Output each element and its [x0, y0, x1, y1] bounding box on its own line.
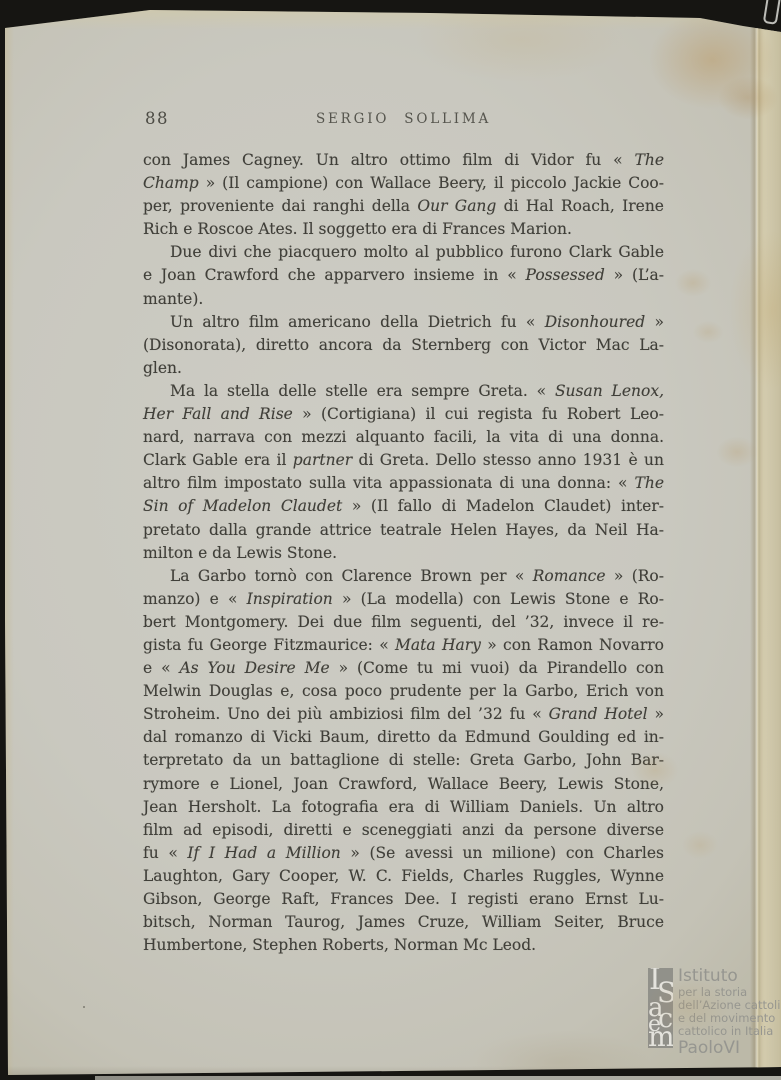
text-line: terpretato da un battaglione di stelle: … [143, 749, 664, 772]
text-line: Humbertone, Stephen Roberts, Norman Mc L… [143, 934, 664, 957]
text-line: milton e da Lewis Stone. [143, 542, 664, 565]
watermark-text-line: PaoloVI [678, 1038, 778, 1058]
text-line: Champ » (Il campione) con Wallace Beery,… [143, 172, 664, 195]
text-line: manzo) e « Inspiration » (La modella) co… [143, 588, 664, 611]
text-line: altro film impostato sulla vita appassio… [143, 472, 664, 495]
paperclip [763, 0, 781, 25]
monogram-letter: m [648, 1023, 673, 1048]
text-line: e « As You Desire Me » (Come tu mi vuoi)… [143, 657, 664, 680]
text-line: nard, narrava con mezzi alquanto facili,… [143, 426, 664, 449]
adjacent-page-edge [757, 26, 781, 1072]
text-line: Sin of Madelon Claudet » (Il fallo di Ma… [143, 495, 664, 518]
text-line: bert Montgomery. Dei due film seguenti, … [143, 611, 664, 634]
text-line: film ad episodi, diretti e sceneggiati a… [143, 819, 664, 842]
text-line: gista fu George Fitzmaurice: « Mata Hary… [143, 634, 664, 657]
page-top-edge [0, 0, 781, 30]
page-header: 88 SERGIO SOLLIMA [143, 108, 664, 130]
text-line: dal romanzo di Vicki Baum, diretto da Ed… [143, 726, 664, 749]
page-left-edge [0, 0, 14, 1080]
photo-background: 88 SERGIO SOLLIMA con James Cagney. Un a… [0, 0, 781, 1080]
paragraph: con James Cagney. Un altro ottimo film d… [143, 149, 664, 241]
gutter-fold [750, 28, 759, 1070]
text-line: Due divi che piacquero molto al pubblico… [143, 241, 664, 264]
paragraph: Due divi che piacquero molto al pubblico… [143, 241, 664, 310]
book-page: 88 SERGIO SOLLIMA con James Cagney. Un a… [0, 0, 781, 1080]
text-line: bitsch, Norman Taurog, James Cruze, Will… [143, 911, 664, 934]
text-line: Stroheim. Uno dei più ambiziosi film del… [143, 703, 664, 726]
text-line: con James Cagney. Un altro ottimo film d… [143, 149, 664, 172]
text-line: mante). [143, 288, 664, 311]
text-line: glen. [143, 357, 664, 380]
text-line: Her Fall and Rise » (Cortigiana) il cui … [143, 403, 664, 426]
text-line: Jean Hersholt. La fotografia era di Will… [143, 796, 664, 819]
paragraph: La Garbo tornò con Clarence Brown per « … [143, 565, 664, 958]
text-line: Un altro film americano della Dietrich f… [143, 311, 664, 334]
text-line: Ma la stella delle stelle era sempre Gre… [143, 380, 664, 403]
text-line: Gibson, George Raft, Frances Dee. I regi… [143, 888, 664, 911]
text-line: La Garbo tornò con Clarence Brown per « … [143, 565, 664, 588]
text-line: Melwin Douglas e, cosa poco prudente per… [143, 680, 664, 703]
text-line: (Disonorata), diretto ancora da Sternber… [143, 334, 664, 357]
text-line: rymore e Lionel, Joan Crawford, Wallace … [143, 773, 664, 796]
text-line: Clark Gable era il partner di Greta. Del… [143, 449, 664, 472]
paragraph: Un altro film americano della Dietrich f… [143, 311, 664, 380]
text-block: con James Cagney. Un altro ottimo film d… [143, 149, 664, 957]
paragraph: Ma la stella delle stelle era sempre Gre… [143, 380, 664, 565]
isacem-logo: ISacem [648, 968, 673, 1048]
text-line: e Joan Crawford che apparvero insieme in… [143, 264, 664, 287]
text-line: per, proveniente dai ranghi della Our Ga… [143, 195, 664, 218]
text-line: Rich e Roscoe Ates. Il soggetto era di F… [143, 218, 664, 241]
running-header: SERGIO SOLLIMA [143, 111, 664, 127]
text-line: Laughton, Gary Cooper, W. C. Fields, Cha… [143, 865, 664, 888]
page-stack-edge [95, 1076, 781, 1080]
isacem-watermark: ISacem Istitutoper la storiadell’Azione … [648, 966, 780, 1066]
text-line: pretato dalla grande attrice teatrale He… [143, 519, 664, 542]
watermark-text-line: cattolico in Italia [678, 1025, 778, 1038]
watermark-text-line: Istituto [678, 967, 778, 986]
text-line: fu « If I Had a Million » (Se avessi un … [143, 842, 664, 865]
watermark-text: Istitutoper la storiadell’Azione cattoli… [678, 967, 778, 1058]
